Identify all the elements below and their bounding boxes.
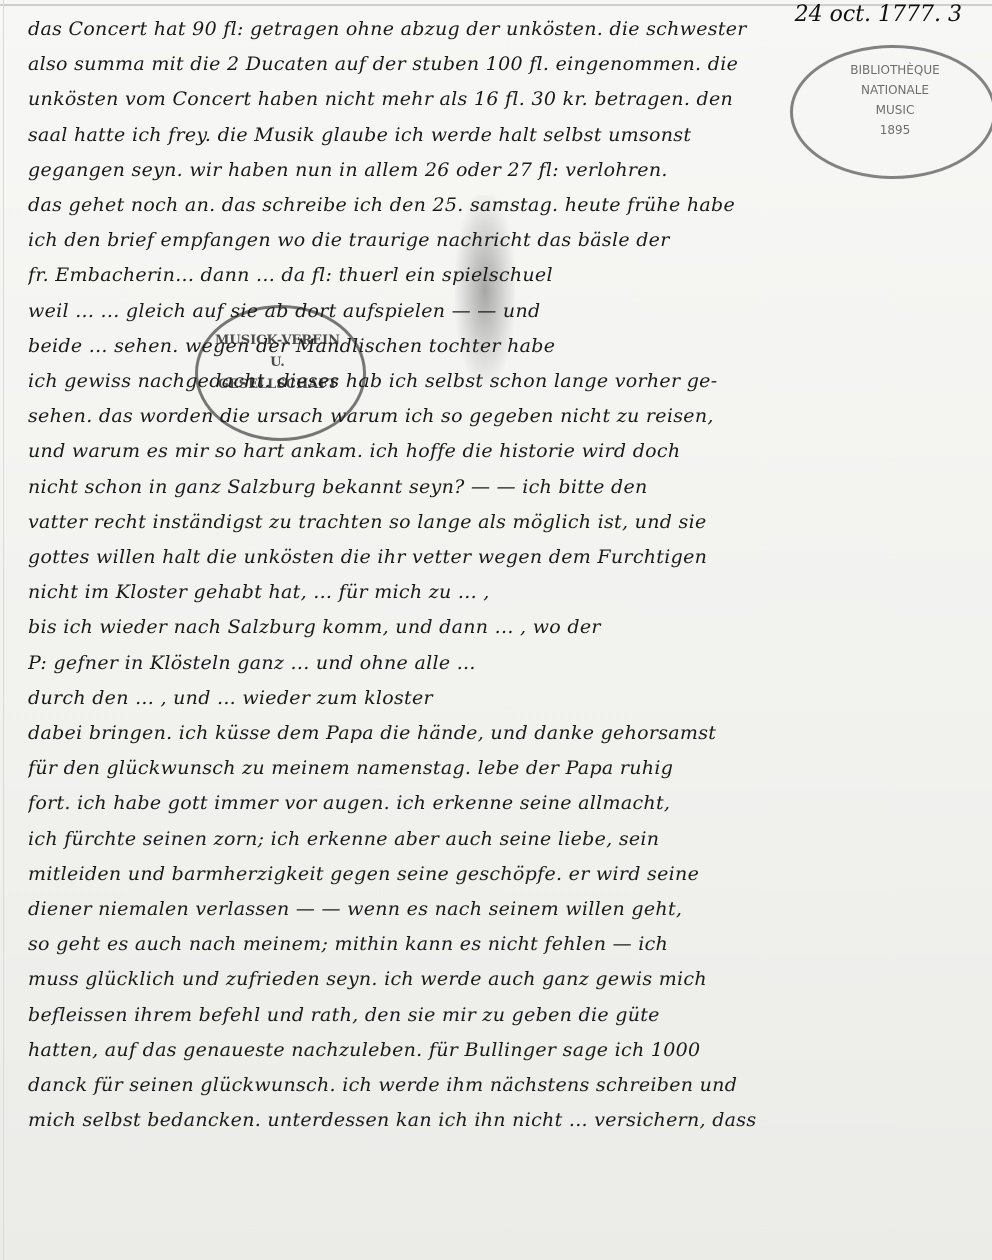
manuscript-line: so geht es auch nach meinem; mithin kann… — [28, 933, 968, 969]
manuscript-line: sehen. das worden die ursach warum ich s… — [28, 405, 968, 441]
manuscript-line: vatter recht inständigst zu trachten so … — [28, 511, 968, 547]
manuscript-line: saal hatte ich frey. die Musik glaube ic… — [28, 124, 968, 160]
manuscript-line: also summa mit die 2 Ducaten auf der stu… — [28, 53, 968, 89]
manuscript-line: nicht schon in ganz Salzburg bekannt sey… — [28, 476, 968, 512]
manuscript-line: nicht im Kloster gehabt hat, ... für mic… — [28, 581, 968, 617]
manuscript-line: mitleiden und barmherzigkeit gegen seine… — [28, 863, 968, 899]
manuscript-line: beide ... sehen. wegen der Mandlischen t… — [28, 335, 968, 371]
manuscript-line: mich selbst bedancken. unterdessen kan i… — [28, 1109, 968, 1145]
manuscript-line: danck für seinen glückwunsch. ich werde … — [28, 1074, 968, 1110]
manuscript-line: fr. Embacherin... dann ... da fl: thuerl… — [28, 264, 968, 300]
manuscript-line: hatten, auf das genaueste nachzuleben. f… — [28, 1039, 968, 1075]
manuscript-line: gegangen seyn. wir haben nun in allem 26… — [28, 159, 968, 195]
manuscript-line: fort. ich habe gott immer vor augen. ich… — [28, 792, 968, 828]
manuscript-line: gottes willen halt die unkösten die ihr … — [28, 546, 968, 582]
manuscript-line: für den glückwunsch zu meinem namenstag.… — [28, 757, 968, 793]
manuscript-line: muss glücklich und zufrieden seyn. ich w… — [28, 968, 968, 1004]
manuscript-line: befleissen ihrem befehl und rath, den si… — [28, 1004, 968, 1040]
scan-edge-left — [3, 0, 4, 1260]
manuscript-line: und warum es mir so hart ankam. ich hoff… — [28, 440, 968, 476]
manuscript-line: P: gefner in Klösteln ganz ... und ohne … — [28, 652, 968, 688]
manuscript-line: ich den brief empfangen wo die traurige … — [28, 229, 968, 265]
manuscript-line: durch den ... , und ... wieder zum klost… — [28, 687, 968, 723]
manuscript-page: 24 oct. 1777. 3 BIBLIOTHÈQUE NATIONALE M… — [0, 0, 992, 1260]
manuscript-line: bis ich wieder nach Salzburg komm, und d… — [28, 616, 968, 652]
manuscript-line: ich gewiss nachgedacht. dieses hab ich s… — [28, 370, 968, 406]
manuscript-line: ich fürchte seinen zorn; ich erkenne abe… — [28, 828, 968, 864]
manuscript-line: diener niemalen verlassen — — wenn es na… — [28, 898, 968, 934]
manuscript-line: das Concert hat 90 fl: getragen ohne abz… — [28, 18, 968, 54]
manuscript-line: dabei bringen. ich küsse dem Papa die hä… — [28, 722, 968, 758]
manuscript-line: unkösten vom Concert haben nicht mehr al… — [28, 88, 968, 124]
manuscript-line: weil ... ... gleich auf sie ab dort aufs… — [28, 300, 968, 336]
manuscript-line: das gehet noch an. das schreibe ich den … — [28, 194, 968, 230]
